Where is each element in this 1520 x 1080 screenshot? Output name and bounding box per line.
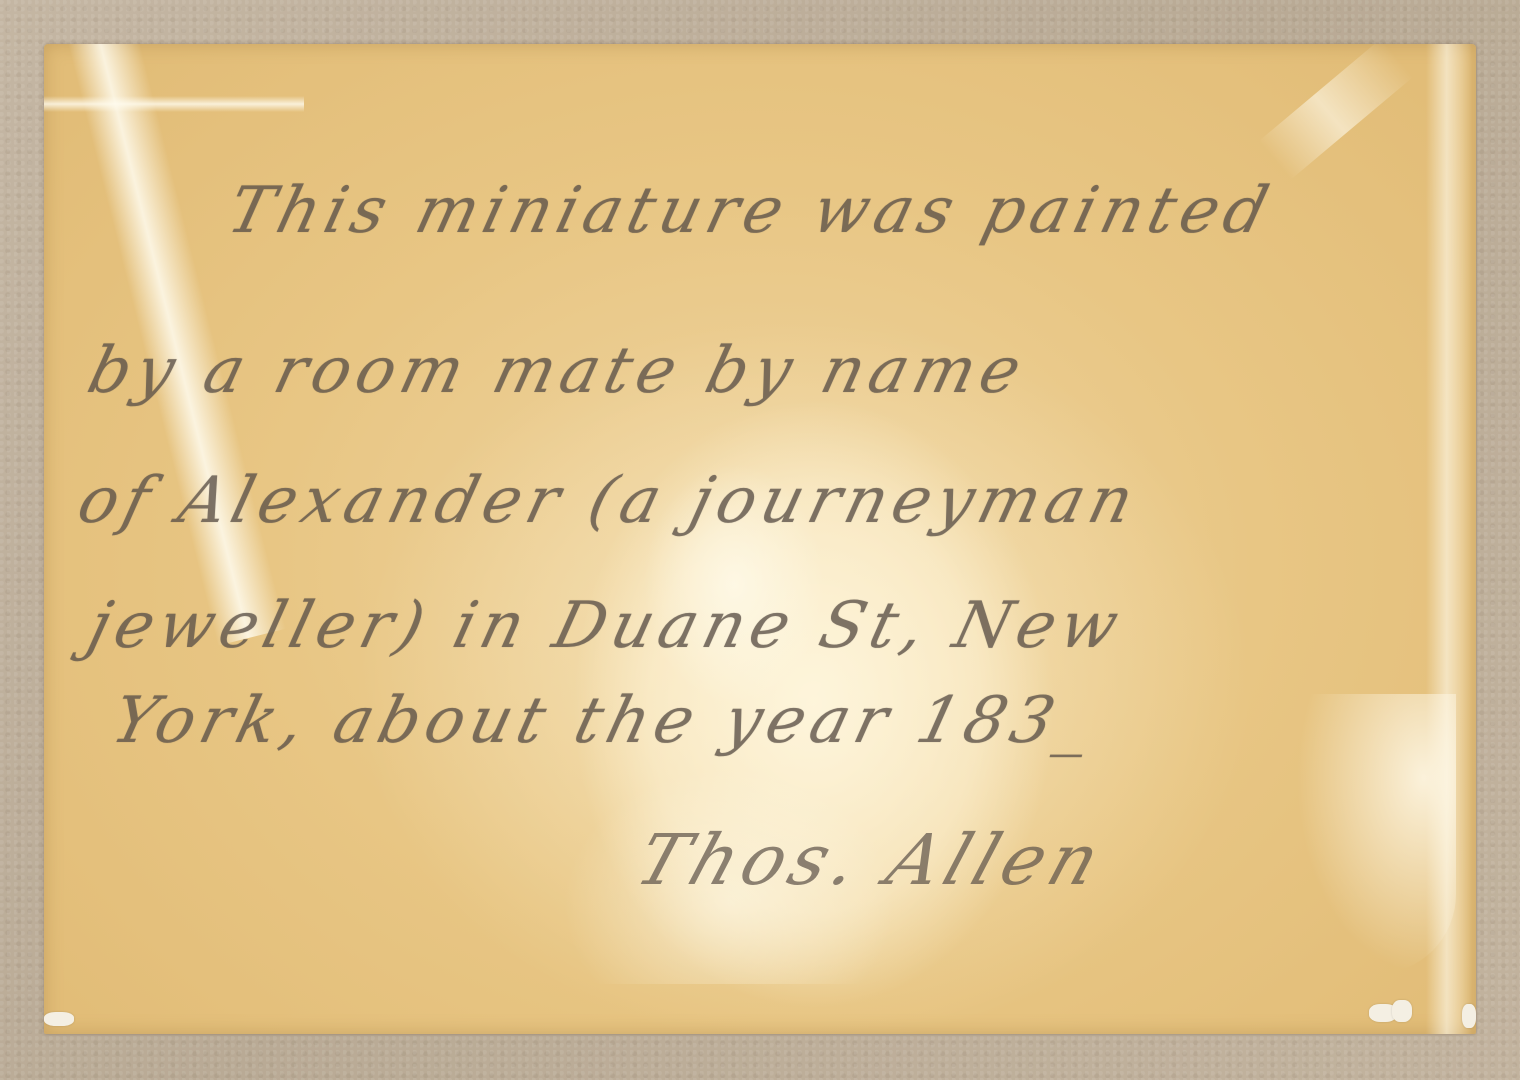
note-line-4: jeweller) in Duane St, New <box>81 589 1132 663</box>
note-line-1: This miniature was painted <box>221 174 1281 248</box>
aged-paper-sheet: This miniature was painted by a room mat… <box>44 44 1476 1034</box>
note-line-5: York, about the year 183_ <box>105 684 1106 758</box>
paper-chip <box>1392 1000 1412 1022</box>
handwritten-note: This miniature was painted by a room mat… <box>44 44 1476 1034</box>
note-line-3: of Alexander (a journeyman <box>71 464 1147 538</box>
note-line-2: by a room mate by name <box>81 334 1034 408</box>
paper-chip <box>44 1012 74 1026</box>
paper-chip <box>1462 1004 1476 1028</box>
mount-board: This miniature was painted by a room mat… <box>0 0 1520 1080</box>
signature: Thos. Allen <box>627 819 1116 901</box>
